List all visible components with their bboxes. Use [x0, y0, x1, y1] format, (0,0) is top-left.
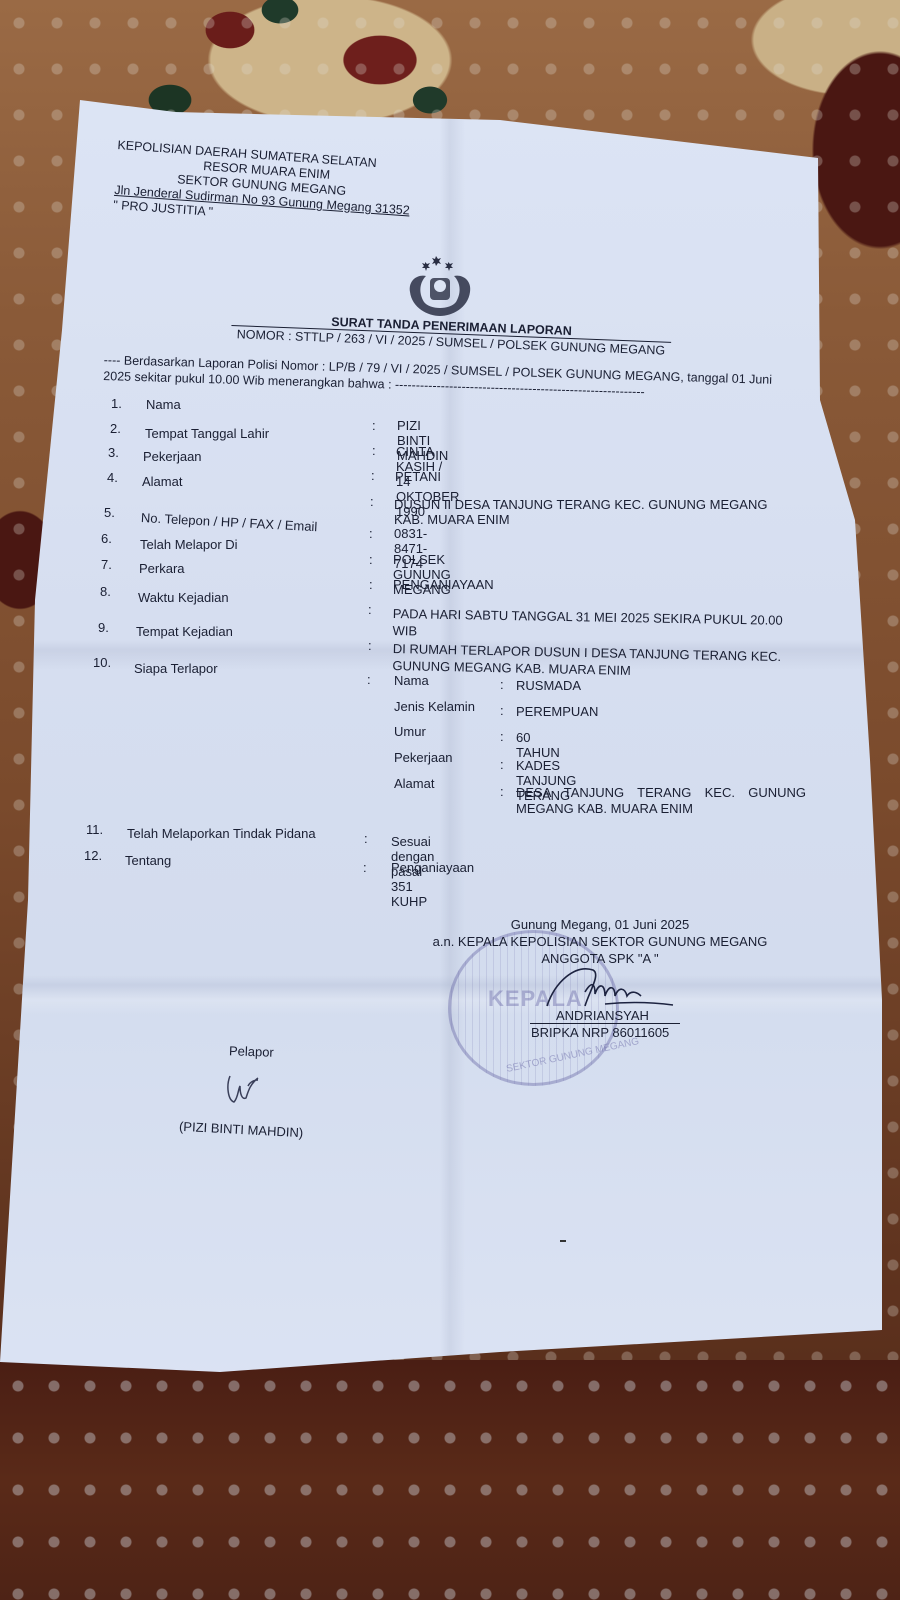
- field-label-tindak-pidana: Telah Melaporkan Tindak Pidana: [127, 826, 316, 841]
- field-number: 11.: [86, 822, 103, 837]
- colon: :: [370, 494, 374, 509]
- report-document: KEPOLISIAN DAERAH SUMATERA SELATAN RESOR…: [0, 0, 900, 1600]
- letterhead: KEPOLISIAN DAERAH SUMATERA SELATAN RESOR…: [113, 138, 414, 233]
- on-behalf-of: a.n. KEPALA KEPOLISIAN SEKTOR GUNUNG MEG…: [420, 933, 780, 950]
- colon: :: [500, 784, 504, 799]
- field-label-perkara: Perkara: [139, 561, 185, 576]
- terlapor-value-umur: 60 TAHUN: [516, 730, 560, 760]
- colon: :: [369, 552, 373, 567]
- field-label-telepon: No. Telepon / HP / FAX / Email: [141, 510, 318, 534]
- terlapor-value-alamat: DESA TANJUNG TERANG KEC. GUNUNG MEGANG K…: [516, 785, 806, 817]
- colon: :: [369, 577, 373, 592]
- field-number: 3.: [108, 445, 119, 460]
- colon: :: [367, 672, 371, 687]
- field-label-telah-melapor-di: Telah Melapor Di: [140, 537, 238, 552]
- colon: :: [363, 860, 367, 875]
- colon: :: [369, 526, 373, 541]
- field-number: 7.: [101, 557, 112, 572]
- colon: :: [364, 831, 368, 846]
- police-emblem-icon: [390, 252, 490, 322]
- field-value-perkara: PENGANIAYAAN: [393, 577, 494, 592]
- field-number: 2.: [110, 421, 121, 436]
- field-label-tempat-tanggal-lahir: Tempat Tanggal Lahir: [145, 426, 269, 441]
- intro-paragraph: ---- Berdasarkan Laporan Polisi Nomor : …: [103, 352, 794, 404]
- colon: :: [372, 443, 376, 458]
- field-value-alamat: DUSUN II DESA TANJUNG TERANG KEC. GUNUNG…: [394, 497, 794, 527]
- field-number: 12.: [84, 848, 102, 863]
- field-number: 5.: [104, 505, 115, 520]
- colon: :: [500, 757, 504, 772]
- field-value-pekerjaan: PETANI: [395, 469, 441, 484]
- field-label-alamat: Alamat: [142, 474, 182, 489]
- terlapor-value-jenis-kelamin: PEREMPUAN: [516, 704, 598, 719]
- reporter-name: (PIZI BINTI MAHDIN): [179, 1119, 304, 1140]
- field-value-tempat-kejadian: DI RUMAH TERLAPOR DUSUN I DESA TANJUNG T…: [392, 640, 803, 683]
- terlapor-label-jenis-kelamin: Jenis Kelamin: [394, 699, 475, 714]
- colon: :: [368, 638, 372, 653]
- ink-mark: [560, 1240, 566, 1242]
- officer-signature-icon: [545, 962, 675, 1012]
- colon: :: [500, 703, 504, 718]
- field-number: 1.: [111, 396, 122, 411]
- officer-rank-nrp: BRIPKA NRP 86011605: [531, 1025, 669, 1040]
- field-value-waktu-kejadian: PADA HARI SABTU TANGGAL 31 MEI 2025 SEKI…: [392, 605, 803, 646]
- terlapor-label-alamat: Alamat: [394, 776, 434, 791]
- field-label-siapa-terlapor: Siapa Terlapor: [134, 661, 218, 676]
- field-number: 10.: [93, 655, 111, 670]
- field-number: 6.: [101, 531, 112, 546]
- place-date: Gunung Megang, 01 Juni 2025: [420, 916, 780, 933]
- field-number: 9.: [98, 620, 109, 635]
- reporter-signature-icon: [224, 1072, 264, 1106]
- field-label-pekerjaan: Pekerjaan: [143, 449, 202, 464]
- field-number: 4.: [107, 470, 118, 485]
- field-value-tentang: Penganiayaan: [391, 860, 474, 875]
- colon: :: [500, 729, 504, 744]
- terlapor-value-nama: RUSMADA: [516, 678, 581, 693]
- field-number: 8.: [100, 584, 111, 599]
- signature-block: Gunung Megang, 01 Juni 2025 a.n. KEPALA …: [420, 916, 780, 967]
- field-label-waktu-kejadian: Waktu Kejadian: [138, 590, 229, 605]
- terlapor-label-nama: Nama: [394, 673, 429, 688]
- colon: :: [372, 418, 376, 433]
- officer-underline: [530, 1023, 680, 1024]
- terlapor-label-pekerjaan: Pekerjaan: [394, 750, 453, 765]
- field-label-tentang: Tentang: [125, 853, 171, 868]
- field-label-tempat-kejadian: Tempat Kejadian: [136, 624, 233, 639]
- officer-name: ANDRIANSYAH: [556, 1008, 649, 1023]
- terlapor-label-umur: Umur: [394, 724, 426, 739]
- colon: :: [368, 602, 372, 617]
- reporter-label: Pelapor: [229, 1043, 274, 1060]
- colon: :: [500, 677, 504, 692]
- colon: :: [371, 468, 375, 483]
- field-label-nama: Nama: [146, 397, 181, 412]
